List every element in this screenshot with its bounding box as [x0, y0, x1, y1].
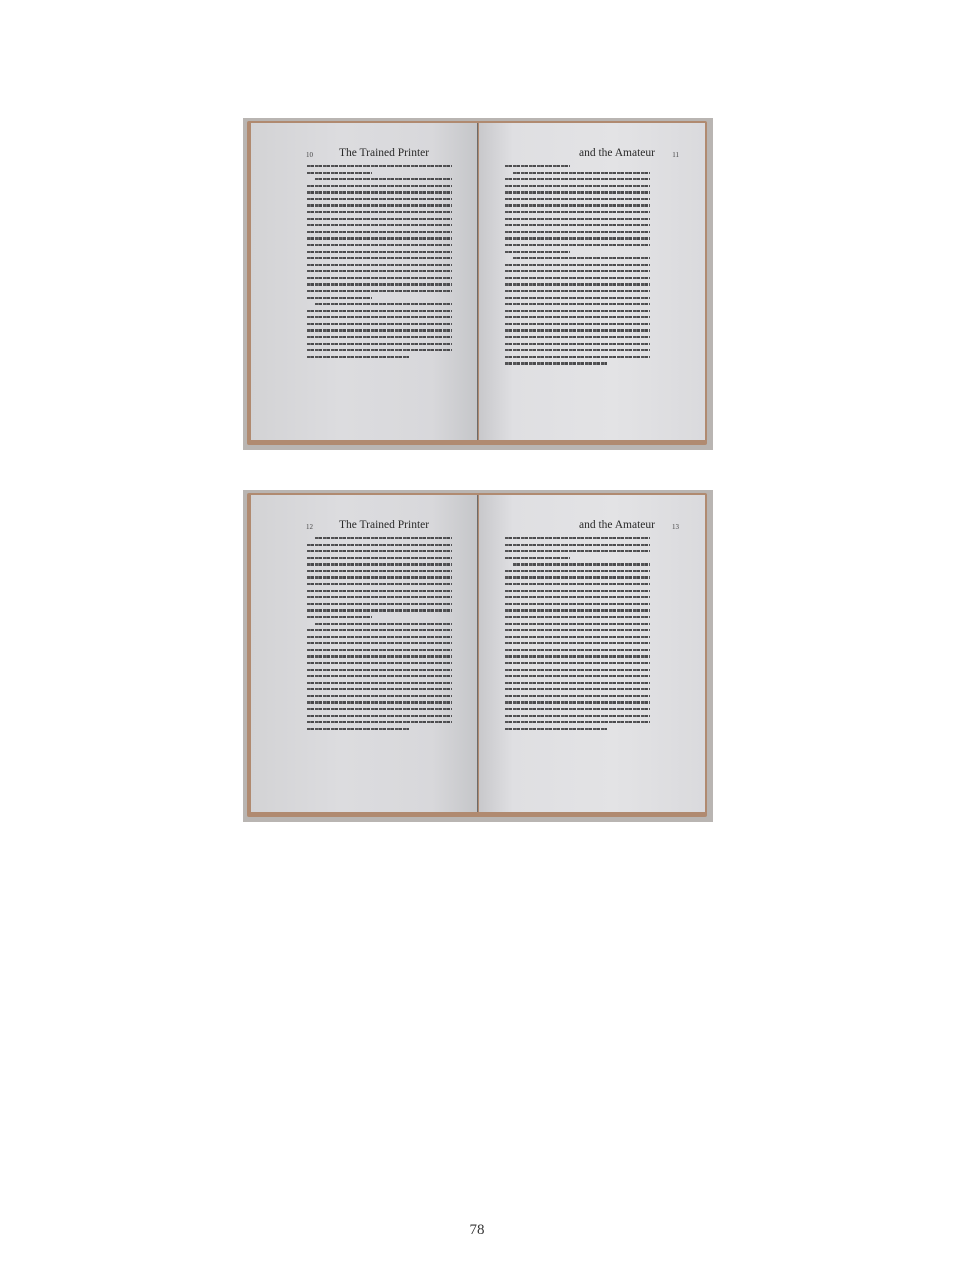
text-line	[505, 623, 650, 625]
text-line	[505, 603, 650, 605]
page-body-text	[505, 165, 650, 369]
text-line	[505, 165, 570, 167]
text-line	[307, 211, 452, 213]
text-line	[505, 297, 650, 299]
text-line	[505, 550, 650, 552]
text-line	[307, 277, 452, 279]
text-line	[307, 708, 452, 710]
text-line	[307, 649, 452, 651]
text-line	[315, 178, 452, 180]
text-line	[505, 655, 650, 657]
text-line	[307, 609, 452, 611]
text-line	[307, 244, 452, 246]
running-header: and the Amateur 11	[479, 147, 705, 163]
text-line	[505, 244, 650, 246]
running-head-title: and the Amateur	[579, 147, 655, 159]
text-line	[307, 165, 452, 167]
text-line	[505, 695, 650, 697]
text-line	[307, 576, 452, 578]
text-line	[505, 231, 650, 233]
text-line	[513, 563, 650, 565]
text-line	[307, 557, 452, 559]
text-line	[307, 264, 452, 266]
text-line	[307, 290, 452, 292]
text-line	[505, 576, 650, 578]
running-head-title: and the Amateur	[579, 519, 655, 531]
text-line	[307, 237, 452, 239]
text-line	[307, 583, 452, 585]
text-line	[307, 185, 452, 187]
text-line	[505, 237, 650, 239]
text-line	[505, 356, 650, 358]
text-line	[307, 198, 452, 200]
text-line	[505, 178, 650, 180]
text-line	[307, 721, 452, 723]
text-line	[307, 329, 452, 331]
page-number: 13	[672, 523, 679, 531]
text-line	[307, 616, 372, 618]
page-body-text	[307, 165, 452, 362]
text-line	[307, 204, 452, 206]
text-line	[505, 544, 650, 546]
text-line	[513, 257, 650, 259]
text-line	[307, 695, 452, 697]
text-line	[505, 191, 650, 193]
text-line	[315, 623, 452, 625]
text-line	[505, 583, 650, 585]
text-line	[505, 649, 650, 651]
text-line	[505, 251, 570, 253]
page-number: 12	[306, 523, 313, 531]
text-line	[505, 316, 650, 318]
text-line	[505, 662, 650, 664]
text-line	[505, 708, 650, 710]
text-line	[307, 172, 372, 174]
text-line	[307, 251, 452, 253]
text-line	[505, 701, 650, 703]
page-number: 10	[306, 151, 313, 159]
text-line	[307, 590, 452, 592]
text-line	[307, 603, 452, 605]
text-line	[505, 570, 650, 572]
text-line	[505, 218, 650, 220]
text-line	[505, 204, 650, 206]
text-line	[307, 642, 452, 644]
text-line	[307, 356, 409, 358]
text-line	[307, 655, 452, 657]
text-line	[505, 721, 650, 723]
text-line	[505, 211, 650, 213]
text-line	[505, 688, 650, 690]
text-line	[505, 642, 650, 644]
text-line	[505, 596, 650, 598]
text-line	[307, 682, 452, 684]
text-line	[505, 616, 650, 618]
running-header: and the Amateur 13	[479, 519, 705, 535]
text-line	[505, 323, 650, 325]
text-line	[505, 537, 650, 539]
text-line	[307, 728, 409, 730]
text-line	[505, 303, 650, 305]
text-line	[505, 629, 650, 631]
text-line	[307, 343, 452, 345]
text-line	[505, 343, 650, 345]
text-line	[315, 537, 452, 539]
text-line	[307, 231, 452, 233]
page-body-text	[505, 537, 650, 734]
text-line	[307, 563, 452, 565]
text-line	[505, 283, 650, 285]
page-body-text	[307, 537, 452, 734]
book-spread-photo-2: 12 The Trained Printer and the Amateur 1…	[243, 490, 713, 822]
text-line	[307, 310, 452, 312]
text-line	[307, 224, 452, 226]
text-line	[307, 550, 452, 552]
text-line	[307, 218, 452, 220]
text-line	[505, 682, 650, 684]
text-line	[505, 609, 650, 611]
running-head-title: The Trained Printer	[339, 519, 429, 531]
text-line	[307, 669, 452, 671]
page-number: 11	[672, 151, 679, 159]
book-spread-photo-1: 10 The Trained Printer and the Amateur 1…	[243, 118, 713, 450]
text-line	[307, 191, 452, 193]
text-line	[307, 349, 452, 351]
text-line	[307, 629, 452, 631]
text-line	[505, 270, 650, 272]
text-line	[307, 662, 452, 664]
text-line	[307, 596, 452, 598]
text-line	[307, 297, 372, 299]
document-page-number: 78	[0, 1222, 954, 1239]
text-line	[505, 675, 650, 677]
text-line	[505, 636, 650, 638]
text-line	[307, 270, 452, 272]
text-line	[505, 715, 650, 717]
text-line	[307, 701, 452, 703]
text-line	[307, 316, 452, 318]
text-line	[505, 264, 650, 266]
text-line	[307, 636, 452, 638]
text-line	[505, 329, 650, 331]
text-line	[505, 728, 607, 730]
right-page: and the Amateur 11	[479, 123, 705, 440]
text-line	[307, 570, 452, 572]
text-line	[307, 283, 452, 285]
text-line	[505, 669, 650, 671]
text-line	[505, 590, 650, 592]
text-line	[505, 290, 650, 292]
running-header: 12 The Trained Printer	[251, 519, 477, 535]
left-page: 12 The Trained Printer	[251, 495, 478, 812]
text-line	[307, 675, 452, 677]
text-line	[505, 349, 650, 351]
text-line	[505, 362, 607, 364]
text-line	[505, 277, 650, 279]
text-line	[505, 198, 650, 200]
left-page: 10 The Trained Printer	[251, 123, 478, 440]
text-line	[513, 172, 650, 174]
text-line	[307, 688, 452, 690]
text-line	[307, 323, 452, 325]
text-line	[505, 336, 650, 338]
text-line	[307, 336, 452, 338]
text-line	[505, 185, 650, 187]
text-line	[307, 257, 452, 259]
text-line	[307, 544, 452, 546]
running-head-title: The Trained Printer	[339, 147, 429, 159]
text-line	[315, 303, 452, 305]
text-line	[505, 224, 650, 226]
text-line	[307, 715, 452, 717]
right-page: and the Amateur 13	[479, 495, 705, 812]
running-header: 10 The Trained Printer	[251, 147, 477, 163]
text-line	[505, 557, 570, 559]
text-line	[505, 310, 650, 312]
